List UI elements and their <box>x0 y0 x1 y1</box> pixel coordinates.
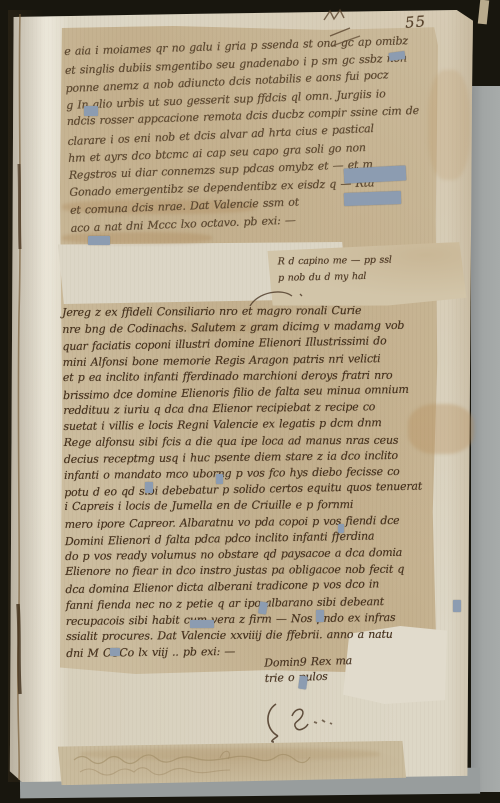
repair-patch <box>338 524 344 533</box>
margin-note: R d capino me — pp ssl p nob du d my hal <box>278 251 463 287</box>
page-edge-sliver <box>478 0 489 24</box>
manuscript-photo: 55 e aia i moiames qr no galu i gria p s… <box>0 0 500 803</box>
margin-note-line: p nob du d my hal <box>278 267 462 287</box>
manuscript-line: Rege alfonsu sibi fcis a die qua ipe loc… <box>64 432 442 451</box>
verso-showthrough-marks <box>70 748 390 780</box>
paraph-flourish <box>262 698 344 743</box>
repair-patch <box>216 474 223 484</box>
repair-patch <box>190 620 214 628</box>
repair-patch <box>84 106 98 116</box>
repair-patch <box>316 610 324 622</box>
gray-backing-board-right <box>471 86 500 792</box>
repair-patch <box>145 482 153 493</box>
folio-number: 55 <box>404 12 427 32</box>
margin-note-line: R d capino me — pp ssl <box>278 251 462 270</box>
repair-patch <box>110 648 120 656</box>
repair-patch <box>88 236 110 245</box>
manuscript-line: ssialit procures. Dat Valencie xxviiij d… <box>66 626 444 645</box>
main-text-block: Jereg z ex ffideli Consiliario nro et ma… <box>62 301 444 662</box>
binding-crease <box>14 14 30 780</box>
manuscript-line: Jereg z ex ffideli Consiliario nro et ma… <box>62 302 440 321</box>
repair-patch <box>344 191 401 206</box>
subscription-block: Domin9 Rex ma trie o pulos <box>264 651 405 686</box>
repair-patch <box>453 600 461 612</box>
upper-text-block: e aia i moiames qr no galu i gria p ssen… <box>64 30 443 237</box>
manuscript-line: i Capreis i locis de Jumella en de Criui… <box>64 497 442 516</box>
